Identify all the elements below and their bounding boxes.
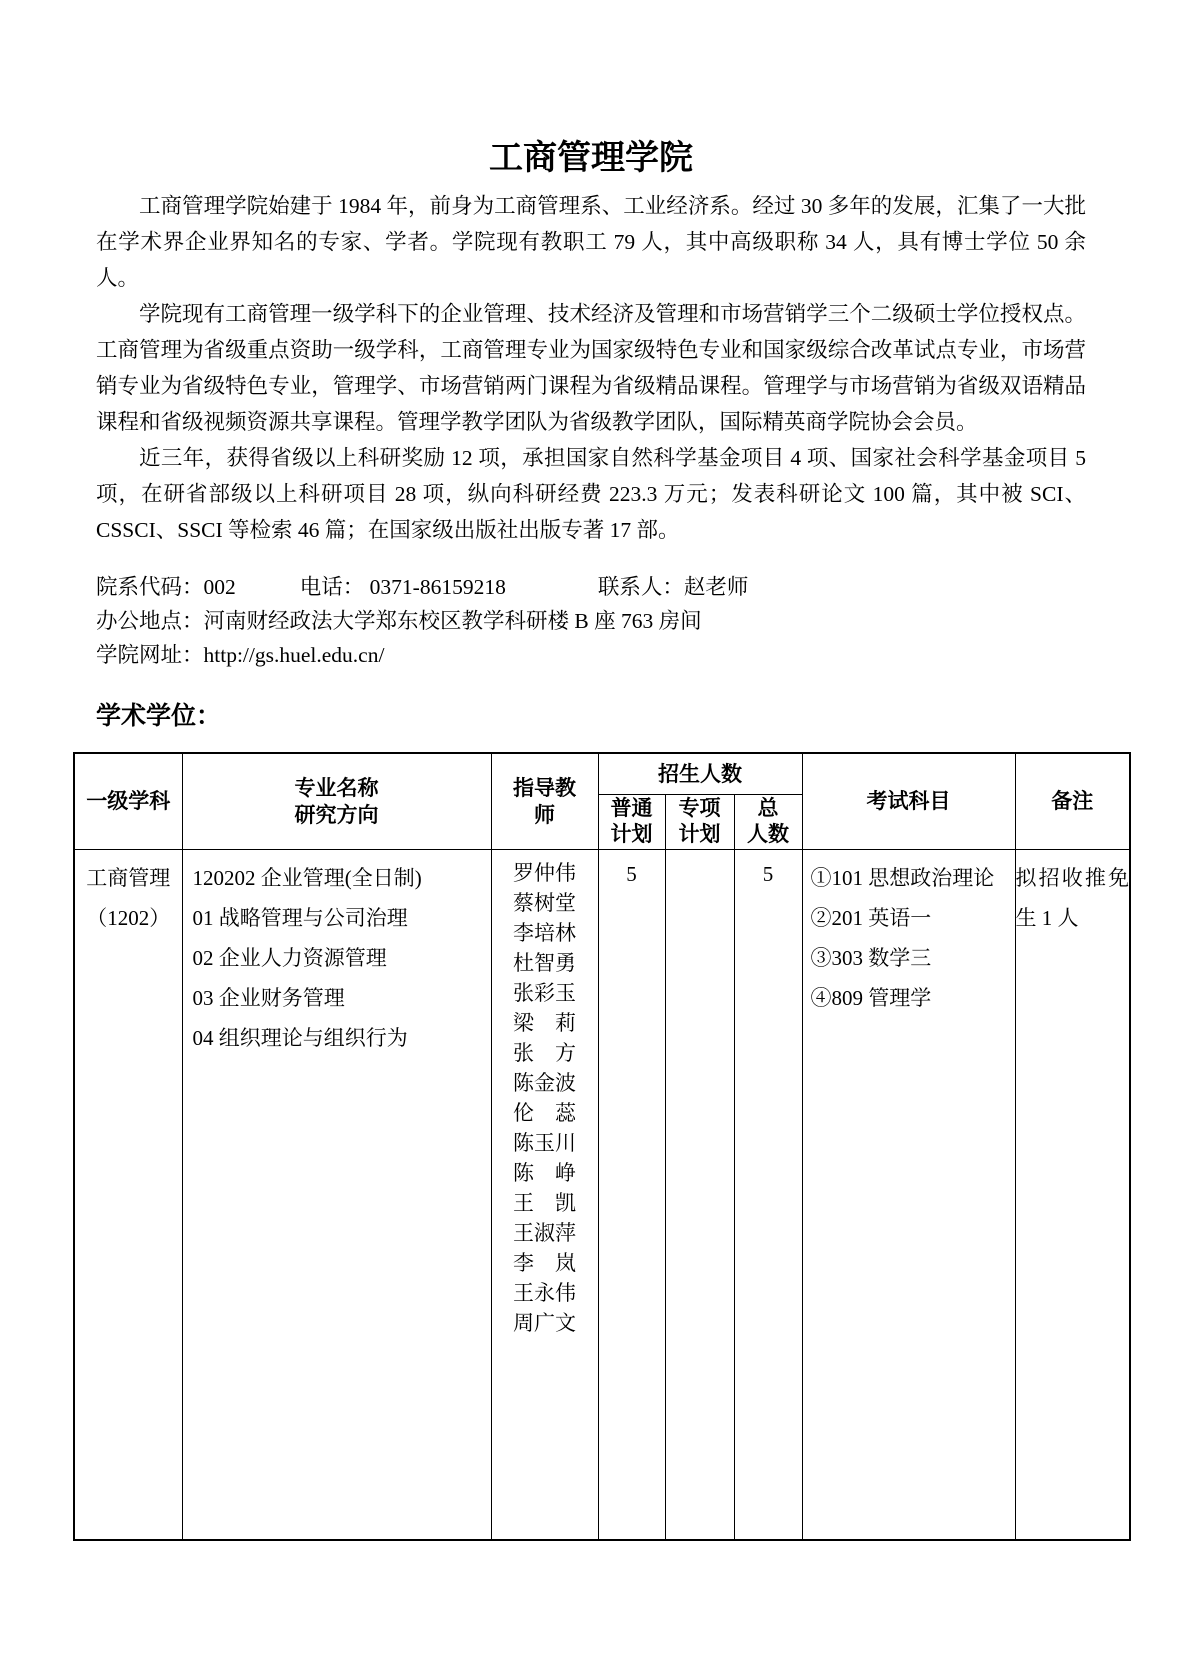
header-total: 总 人数 [734,795,802,850]
table-row: 工商管理 （1202） 120202 企业管理(全日制)01 战略管理与公司治理… [74,850,1130,1540]
header-discipline: 一级学科 [74,753,182,850]
supervisor-name: 伦 蕊 [492,1098,598,1128]
supervisor-name: 罗仲伟 [492,858,598,888]
supervisor-name: 陈 峥 [492,1158,598,1188]
academic-degree-table: 一级学科 专业名称 研究方向 指导教 师 招生人数 考试科目 备注 普通 计划 … [73,752,1131,1541]
research-paragraph: 近三年，获得省级以上科研奖励 12 项，承担国家自然科学基金项目 4 项、国家社… [96,440,1086,548]
supervisor-name: 蔡树堂 [492,888,598,918]
supervisor-name: 李 岚 [492,1248,598,1278]
phone-value: 0371-86159218 [370,575,506,599]
document-body: 工商管理学院始建于 1984 年，前身为工商管理系、工业经济系。经过 30 多年… [96,188,1086,732]
phone-label: 电话： [300,575,365,599]
specialty-line: 120202 企业管理(全日制) [183,858,491,898]
header-special-plan: 专项 计划 [665,795,734,850]
table-header-row-1: 一级学科 专业名称 研究方向 指导教 师 招生人数 考试科目 备注 [74,753,1130,795]
specialty-line: 04 组织理论与组织行为 [183,1018,491,1058]
supervisor-name: 梁 莉 [492,1008,598,1038]
contact-line-3: 学院网址：http://gs.huel.edu.cn/ [96,638,1086,672]
contact-block: 院系代码：002电话： 0371-86159218联系人：赵老师 办公地点：河南… [96,570,1086,672]
header-specialty: 专业名称 研究方向 [182,753,491,850]
header-remark: 备注 [1015,753,1130,850]
header-enrollment-group: 招生人数 [598,753,802,795]
cell-remark: 拟招收推免生 1 人 [1015,850,1130,1540]
exam-subject-line: ④809 管理学 [803,978,1015,1018]
supervisor-name: 杜智勇 [492,948,598,978]
supervisor-name: 王淑萍 [492,1218,598,1248]
specialty-line: 02 企业人力资源管理 [183,938,491,978]
specialty-line: 03 企业财务管理 [183,978,491,1018]
cell-discipline: 工商管理 （1202） [74,850,182,1540]
exam-subject-line: ③303 数学三 [803,938,1015,978]
website-url: http://gs.huel.edu.cn/ [204,643,385,667]
contact-line-1: 院系代码：002电话： 0371-86159218联系人：赵老师 [96,570,1086,604]
specialty-line: 01 战略管理与公司治理 [183,898,491,938]
header-exam-subjects: 考试科目 [802,753,1015,850]
supervisor-name: 王 凯 [492,1188,598,1218]
document-page: 工商管理学院 工商管理学院始建于 1984 年，前身为工商管理系、工业经济系。经… [0,0,1182,1677]
header-supervisor: 指导教 师 [491,753,598,850]
cell-supervisors: 罗仲伟蔡树堂李培林杜智勇张彩玉梁 莉张 方陈金波伦 蕊陈玉川陈 峥王 凯王淑萍李… [491,850,598,1540]
cell-specialty-directions: 120202 企业管理(全日制)01 战略管理与公司治理02 企业人力资源管理0… [182,850,491,1540]
exam-subject-line: ①101 思想政治理论 [803,858,1015,898]
dept-code-label: 院系代码： [96,575,204,599]
cell-special-plan [665,850,734,1540]
supervisor-name: 周广文 [492,1308,598,1338]
office-address-value: 河南财经政法大学郑东校区教学科研楼 B 座 763 房间 [204,609,702,633]
cell-total: 5 [734,850,802,1540]
contact-line-2: 办公地点：河南财经政法大学郑东校区教学科研楼 B 座 763 房间 [96,604,1086,638]
website-label: 学院网址： [96,643,204,667]
supervisor-name: 李培林 [492,918,598,948]
supervisor-name: 张 方 [492,1038,598,1068]
contact-person-value: 赵老师 [684,575,749,599]
academic-degree-heading: 学术学位： [96,700,1086,732]
office-address-label: 办公地点： [96,609,204,633]
cell-regular-plan: 5 [598,850,665,1540]
supervisor-name: 陈玉川 [492,1128,598,1158]
page-title: 工商管理学院 [0,0,1182,180]
programs-paragraph: 学院现有工商管理一级学科下的企业管理、技术经济及管理和市场营销学三个二级硕士学位… [96,296,1086,440]
supervisor-name: 王永伟 [492,1278,598,1308]
contact-person-label: 联系人： [598,575,684,599]
cell-exam-subjects: ①101 思想政治理论②201 英语一③303 数学三④809 管理学 [802,850,1015,1540]
dept-code-value: 002 [204,575,236,599]
intro-paragraph: 工商管理学院始建于 1984 年，前身为工商管理系、工业经济系。经过 30 多年… [96,188,1086,296]
exam-subject-line: ②201 英语一 [803,898,1015,938]
header-regular-plan: 普通 计划 [598,795,665,850]
supervisor-name: 张彩玉 [492,978,598,1008]
supervisor-name: 陈金波 [492,1068,598,1098]
